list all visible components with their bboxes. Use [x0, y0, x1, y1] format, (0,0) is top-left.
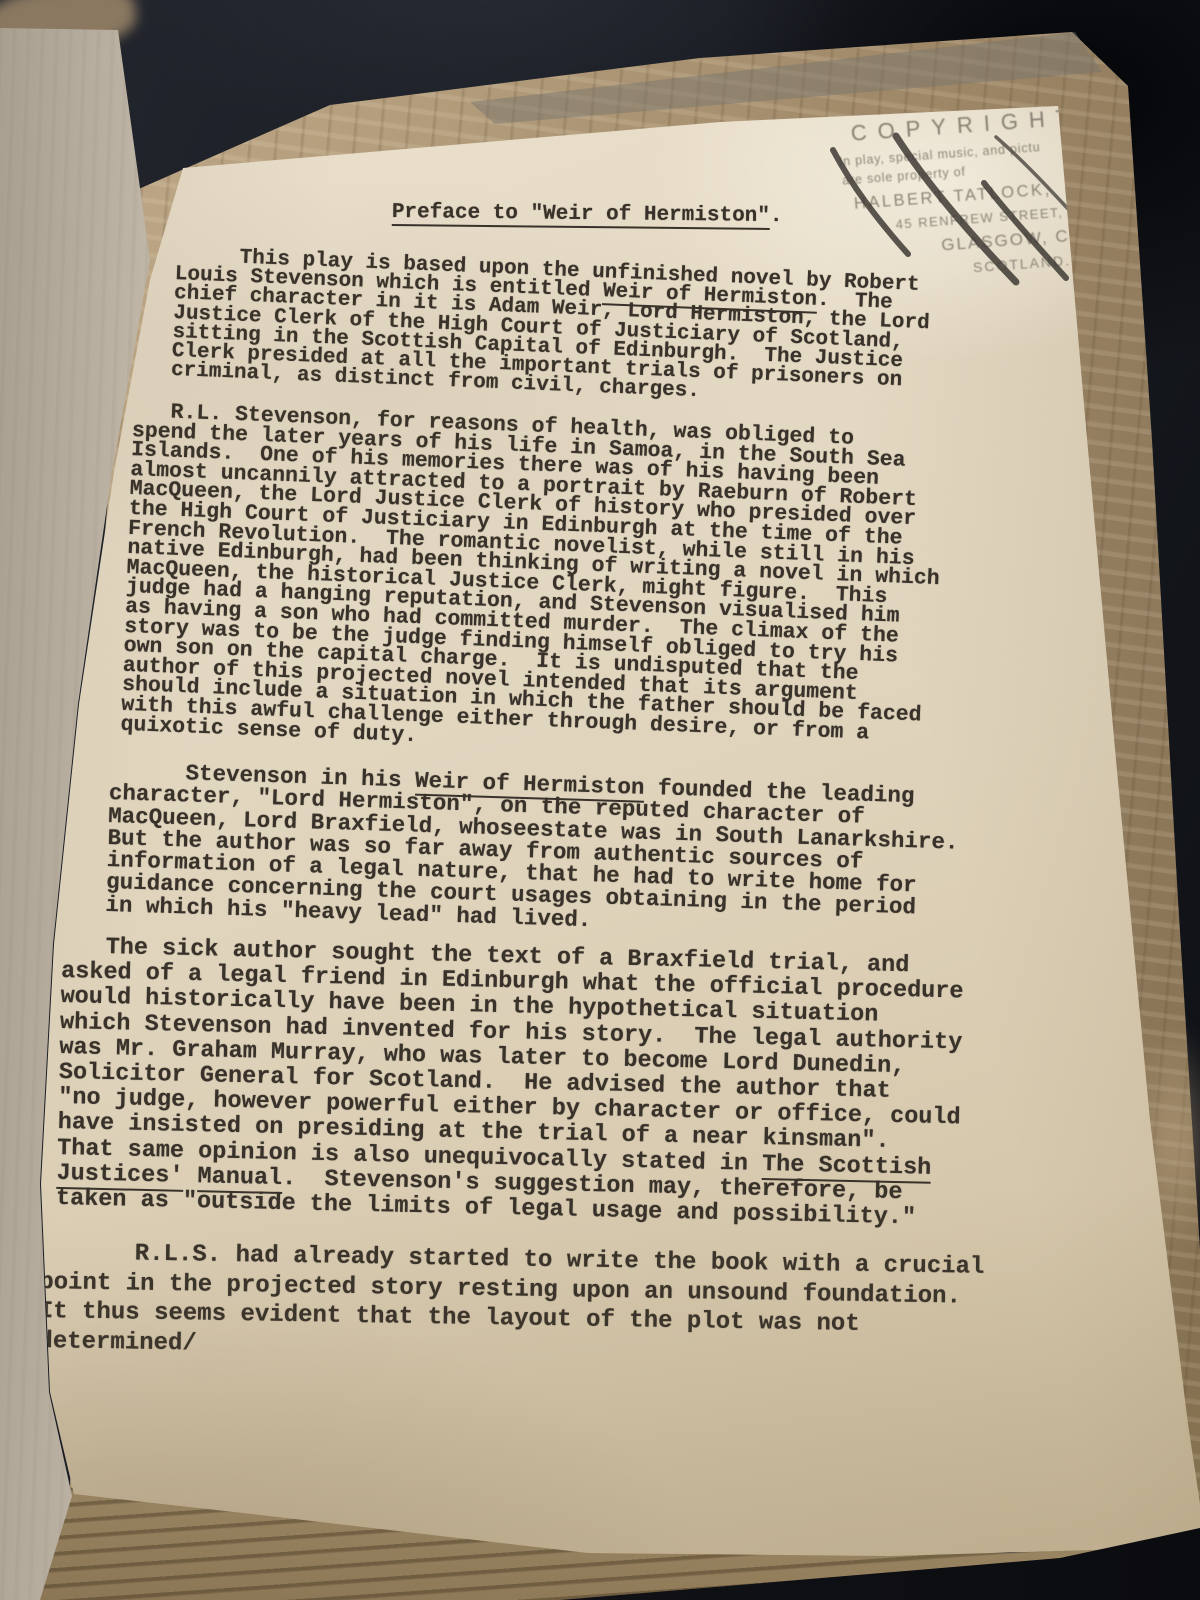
- paragraph: Stevenson in his Weir of Hermiston found…: [105, 760, 960, 943]
- photo-scene: COPYRIGHTS In play, special music, and p…: [0, 0, 1200, 1600]
- paragraph: The sick author sought the text of a Bra…: [56, 934, 965, 1232]
- typescript-page: COPYRIGHTS In play, special music, and p…: [0, 0, 1200, 1600]
- paragraph: This play is based upon the unfinished n…: [171, 246, 932, 411]
- typed-line: Preface to "Weir of Hermiston".: [392, 201, 783, 229]
- document-title: Preface to "Weir of Hermiston".: [392, 201, 783, 229]
- paragraph: R.L.S. had already started to write the …: [38, 1238, 984, 1371]
- paragraph: R.L. Stevenson, for reasons of health, w…: [120, 402, 945, 766]
